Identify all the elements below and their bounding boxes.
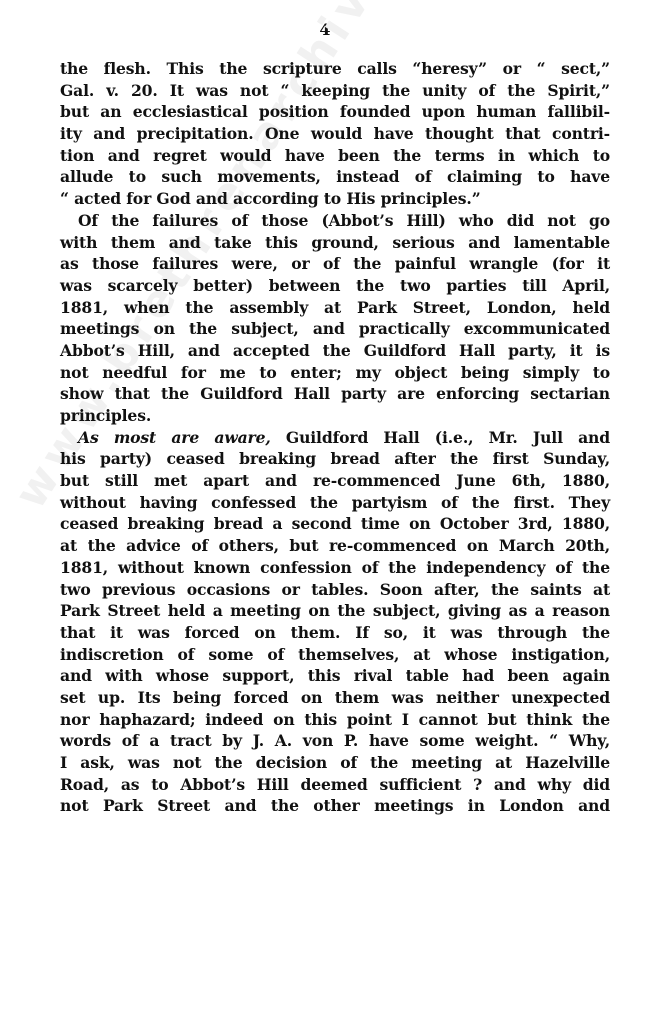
text-line: allude to such movements, instead of cla… bbox=[60, 166, 610, 188]
text-line: nor haphazard; indeed on this point I ca… bbox=[60, 709, 610, 731]
text-line: ity and precipitation. One would have th… bbox=[60, 123, 610, 145]
text-line: that it was forced on them. If so, it wa… bbox=[60, 622, 610, 644]
text-line: principles. bbox=[60, 405, 610, 427]
text-line: and with whose support, this rival table… bbox=[60, 665, 610, 687]
text-line: set up. Its being forced on them was nei… bbox=[60, 687, 610, 709]
text-line: 1881, when the assembly at Park Street, … bbox=[60, 297, 610, 319]
page-number: 4 bbox=[0, 20, 650, 39]
text-line: his party) ceased breaking bread after t… bbox=[60, 448, 610, 470]
text-line: words of a tract by J. A. von P. have so… bbox=[60, 730, 610, 752]
text-line: 1881, without known confession of the in… bbox=[60, 557, 610, 579]
text-line: not needful for me to enter; my object b… bbox=[60, 362, 610, 384]
text-line: but still met apart and re-commenced Jun… bbox=[60, 470, 610, 492]
text-line: the flesh. This the scripture calls “her… bbox=[60, 58, 610, 80]
text-line: with them and take this ground, serious … bbox=[60, 232, 610, 254]
text-line: without having confessed the partyism of… bbox=[60, 492, 610, 514]
body-text: the flesh. This the scripture calls “her… bbox=[60, 58, 610, 817]
text-fragment: Guildford Hall (i.e., Mr. Jull and bbox=[271, 428, 610, 447]
text-line: “ acted for God and according to His pri… bbox=[60, 188, 610, 210]
text-line: at the advice of others, but re-commence… bbox=[60, 535, 610, 557]
text-line: Gal. v. 20. It was not “ keeping the uni… bbox=[60, 80, 610, 102]
text-line: was scarcely better) between the two par… bbox=[60, 275, 610, 297]
text-line: Park Street held a meeting on the subjec… bbox=[60, 600, 610, 622]
text-line: ceased breaking bread a second time on O… bbox=[60, 513, 610, 535]
text-line: I ask, was not the decision of the meeti… bbox=[60, 752, 610, 774]
text-line: meetings on the subject, and practically… bbox=[60, 318, 610, 340]
text-line: as those failures were, or of the painfu… bbox=[60, 253, 610, 275]
text-line: Road, as to Abbot’s Hill deemed sufficie… bbox=[60, 774, 610, 796]
text-line: show that the Guildford Hall party are e… bbox=[60, 383, 610, 405]
text-line: tion and regret would have been the term… bbox=[60, 145, 610, 167]
text-line: two previous occasions or tables. Soon a… bbox=[60, 579, 610, 601]
paragraph-start-line: As most are aware, Guildford Hall (i.e.,… bbox=[60, 427, 610, 449]
text-line: not Park Street and the other meetings i… bbox=[60, 795, 610, 817]
text-line: but an ecclesiastical position founded u… bbox=[60, 101, 610, 123]
text-line: indiscretion of some of themselves, at w… bbox=[60, 644, 610, 666]
text-line: Abbot’s Hill, and accepted the Guildford… bbox=[60, 340, 610, 362]
paragraph-start-line: Of the failures of those (Abbot’s Hill) … bbox=[60, 210, 610, 232]
italic-phrase: As most are aware, bbox=[78, 428, 271, 447]
